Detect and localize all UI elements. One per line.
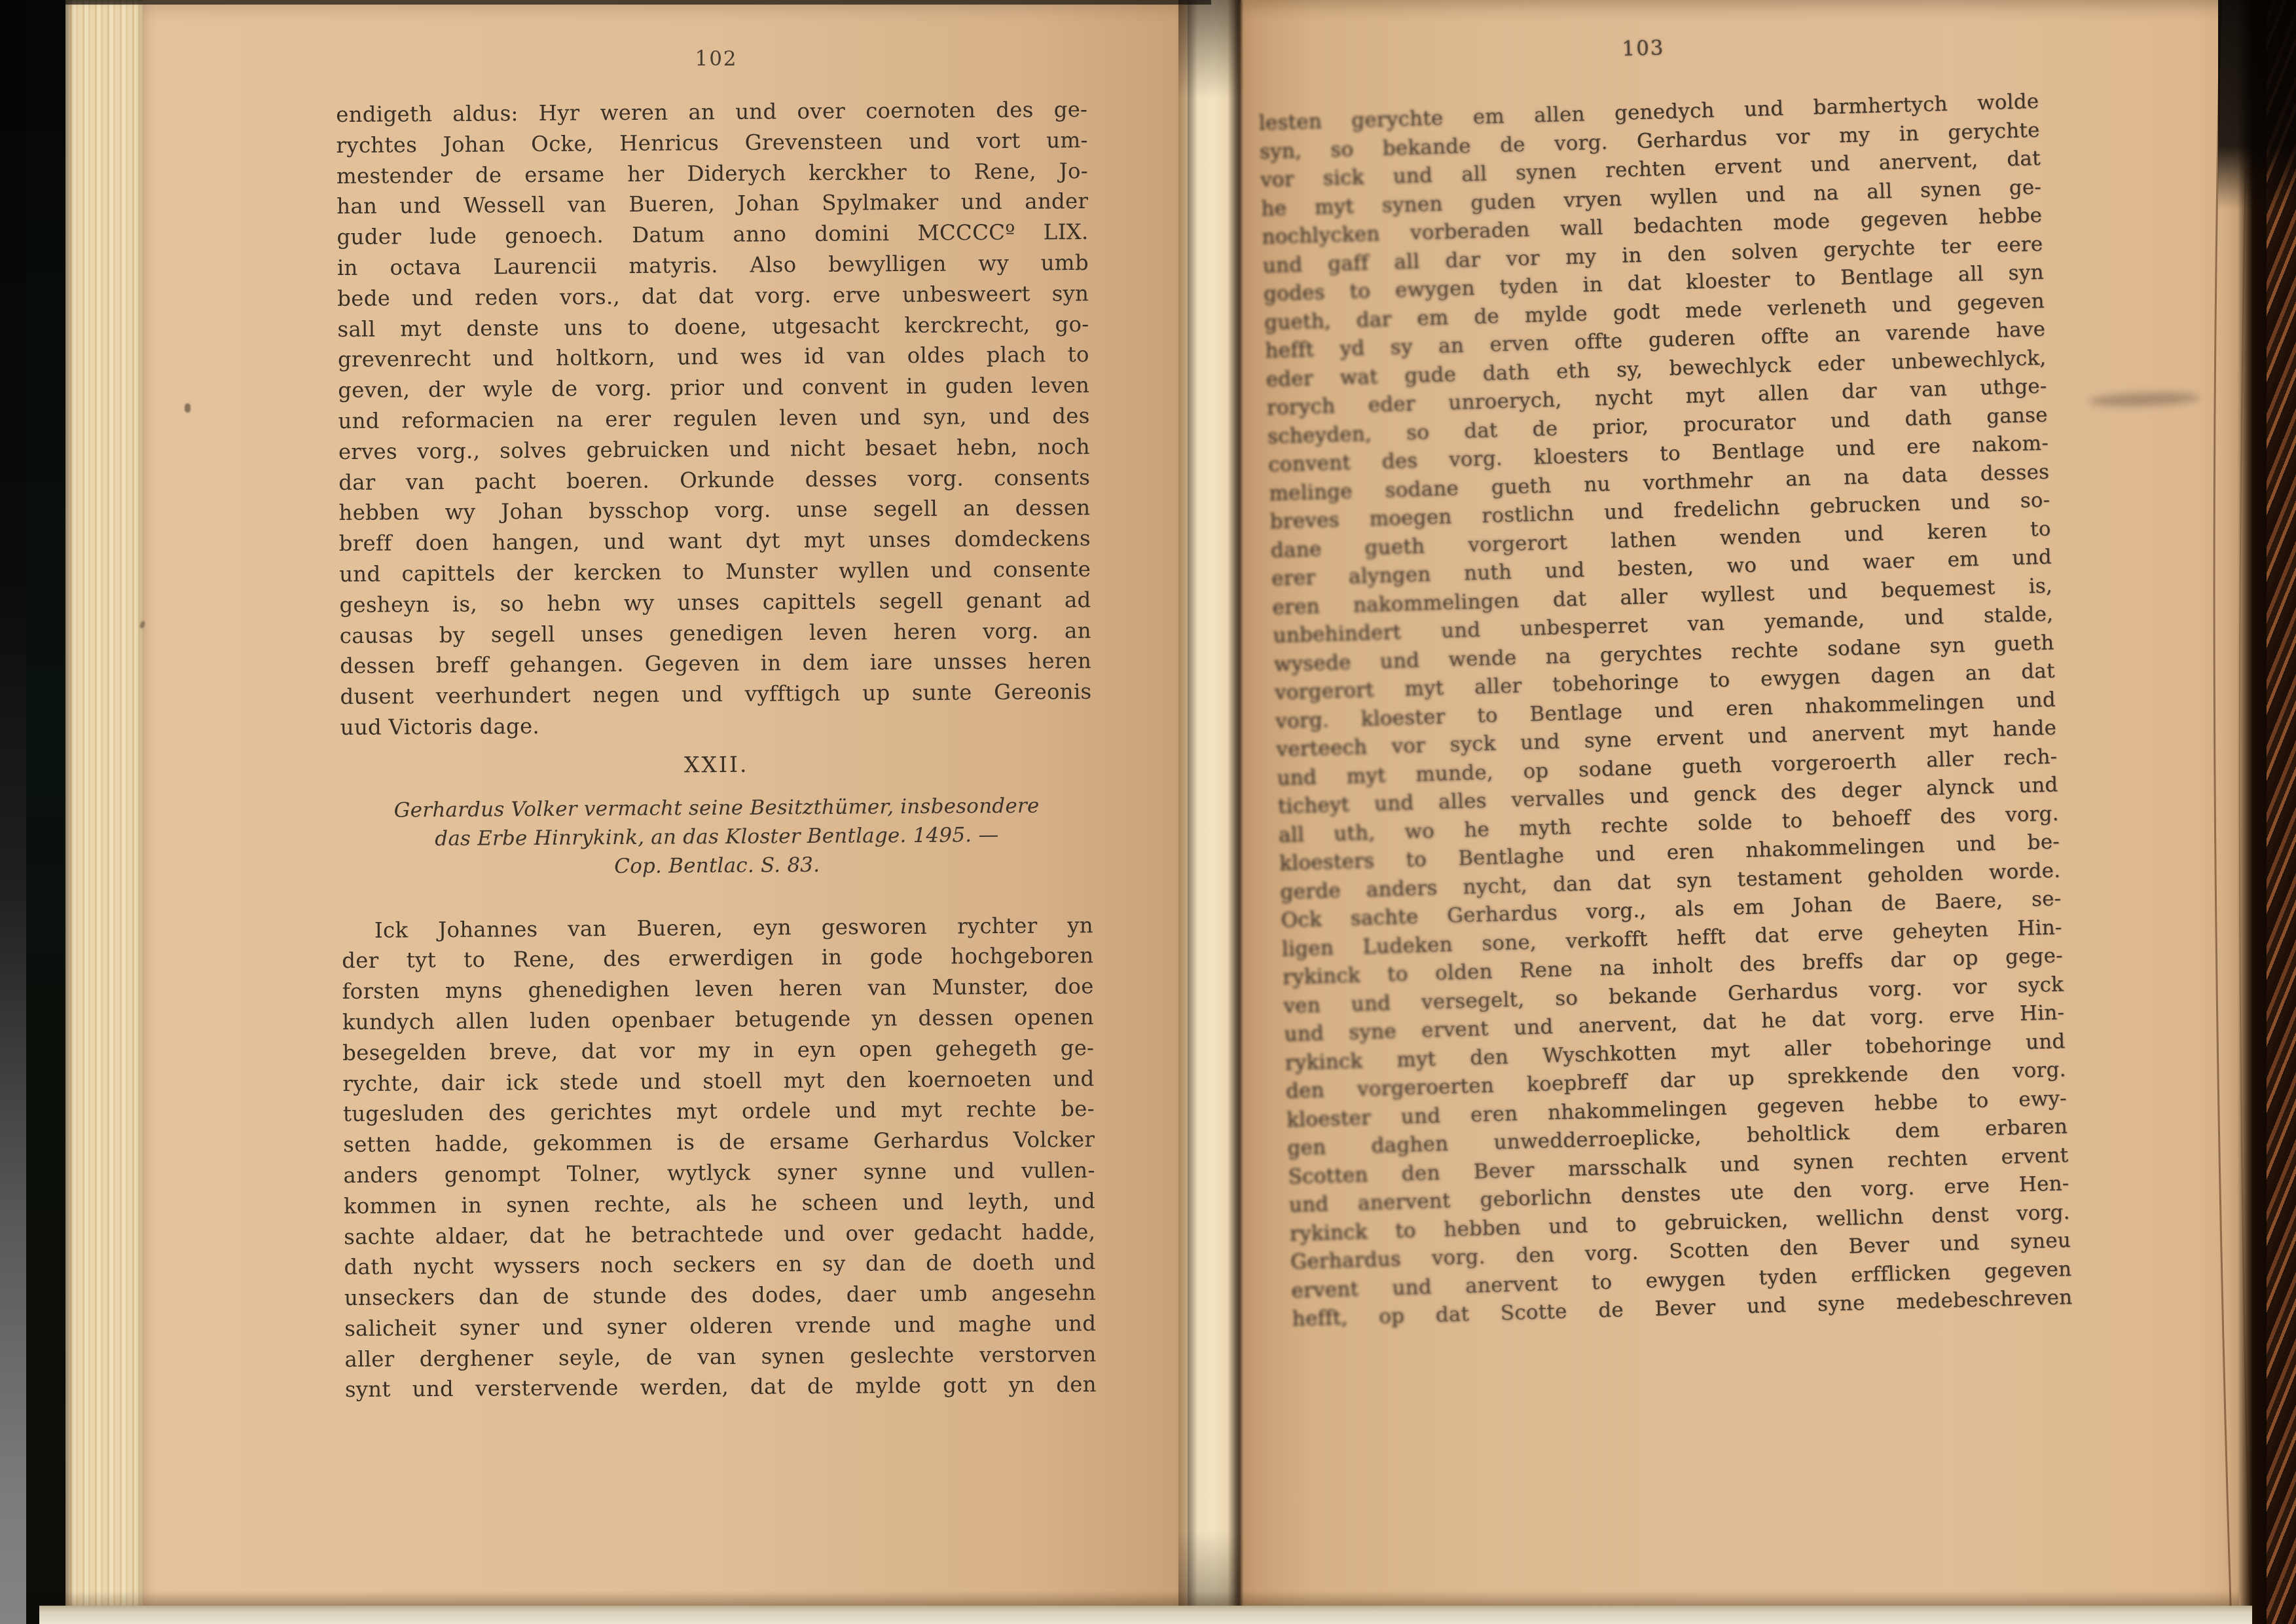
page-number-102: 102 xyxy=(340,47,1092,71)
text-line: kommen in synen rechte, als he scheen un… xyxy=(344,1186,1095,1222)
text-line: sall myt denste uns to doene, utgesacht … xyxy=(337,309,1089,345)
text-line: der tyt to Rene, des erwerdigen in gode … xyxy=(342,940,1093,976)
ink-speck xyxy=(185,403,191,413)
text-line: guder lude genoech. Datum anno domini MC… xyxy=(337,217,1088,253)
text-line: dar van pacht boeren. Orkunde desses vor… xyxy=(338,462,1090,498)
text-line: han und Wessell van Bueren, Johan Spylma… xyxy=(337,186,1088,222)
text-line: sachte aldaer, dat he betrachtede und ov… xyxy=(344,1216,1095,1252)
section-caption: Gerhardus Volker vermacht seine Besitzth… xyxy=(340,791,1093,883)
text-line: Ick Johannes van Bueren, eyn gesworen ry… xyxy=(342,910,1093,946)
bottom-page-edge-stack xyxy=(39,1606,2252,1624)
text-line: rychtes Johan Ocke, Henricus Grevensteen… xyxy=(336,125,1087,161)
section-heading: XXII. xyxy=(340,747,1092,783)
page-102-text: endigeth aldus: Hyr weren an und over co… xyxy=(336,94,1097,1405)
text-line: unseckers dan de stunde des dodes, daer … xyxy=(344,1278,1096,1314)
text-line: dusent veerhundert negen und vyfftigch u… xyxy=(340,676,1091,712)
text-line: anders genompt Tolner, wytlyck syner syn… xyxy=(343,1155,1095,1191)
text-line: und capittels der kercken to Munster wyl… xyxy=(339,554,1091,590)
text-line: setten hadde, gekommen is de ersame Gerh… xyxy=(343,1124,1095,1160)
text-line: forsten myns ghenedighen leven heren van… xyxy=(342,971,1093,1007)
text-line: endigeth aldus: Hyr weren an und over co… xyxy=(336,94,1087,130)
text-line: rychte, dair ick stede und stoell myt de… xyxy=(342,1063,1094,1099)
text-line: mestender de ersame her Diderych kerckhe… xyxy=(337,156,1088,192)
text-line: dessen breff gehangen. Gegeven in dem ia… xyxy=(340,646,1091,682)
text-line: Cop. Bentlac. S. 83. xyxy=(341,849,1093,883)
text-line: salicheit syner und syner olderen vrende… xyxy=(344,1308,1096,1344)
marbled-cover-edge xyxy=(2267,0,2296,1624)
left-page-edge-stack xyxy=(65,0,145,1624)
page-103-text: lesten gerychte em allen genedych und ba… xyxy=(1258,88,2073,1334)
text-line: geven, der wyle de vorg. prior und conve… xyxy=(338,370,1089,406)
text-line: uud Victoris dage. xyxy=(340,707,1092,743)
top-edge-line xyxy=(65,0,1211,5)
text-line: Gerhardus Volker vermacht seine Besitzth… xyxy=(340,791,1092,825)
book-gutter xyxy=(1178,0,1247,1609)
text-line: erves vorg., solves gebruicken und nicht… xyxy=(338,432,1090,468)
text-line: causas by segell unses genedigen leven h… xyxy=(340,616,1091,652)
text-line: synt und verstervende werden, dat de myl… xyxy=(345,1369,1097,1405)
text-line: kundych allen luden openbaer betugende y… xyxy=(342,1002,1094,1038)
text-line: besegelden breve, dat vor my in eyn open… xyxy=(342,1033,1094,1069)
text-line: hebben wy Johan bysschop vorg. unse sege… xyxy=(338,492,1090,528)
cover-corner-shadow xyxy=(2218,0,2296,210)
text-line: und reformacien na erer regulen leven un… xyxy=(338,401,1089,437)
book-scan: 102 endigeth aldus: Hyr weren an und ove… xyxy=(0,0,2296,1624)
text-line: bede und reden vors., dat dat vorg. erve… xyxy=(337,278,1089,314)
text-line: gesheyn is, so hebn wy unses capittels s… xyxy=(339,585,1091,621)
text-line: das Erbe Hinrykink, an das Kloster Bentl… xyxy=(341,820,1093,854)
text-line: tugesluden des gerichtes myt ordele und … xyxy=(343,1094,1095,1130)
text-line: grevenrecht und holtkorn, und wes id van… xyxy=(338,339,1089,375)
text-line: in octava Laurencii matyris. Also bewyll… xyxy=(337,248,1089,284)
text-line: aller derghener seyle, de van synen gesl… xyxy=(344,1339,1096,1375)
text-line: dath nycht wyssers noch seckers en sy da… xyxy=(344,1247,1095,1283)
paragraph-continued: endigeth aldus: Hyr weren an und over co… xyxy=(336,94,1092,743)
paragraph-charter: Ick Johannes van Bueren, eyn gesworen ry… xyxy=(342,910,1097,1406)
text-line: breff doen hangen, und want dyt myt unse… xyxy=(339,523,1091,559)
